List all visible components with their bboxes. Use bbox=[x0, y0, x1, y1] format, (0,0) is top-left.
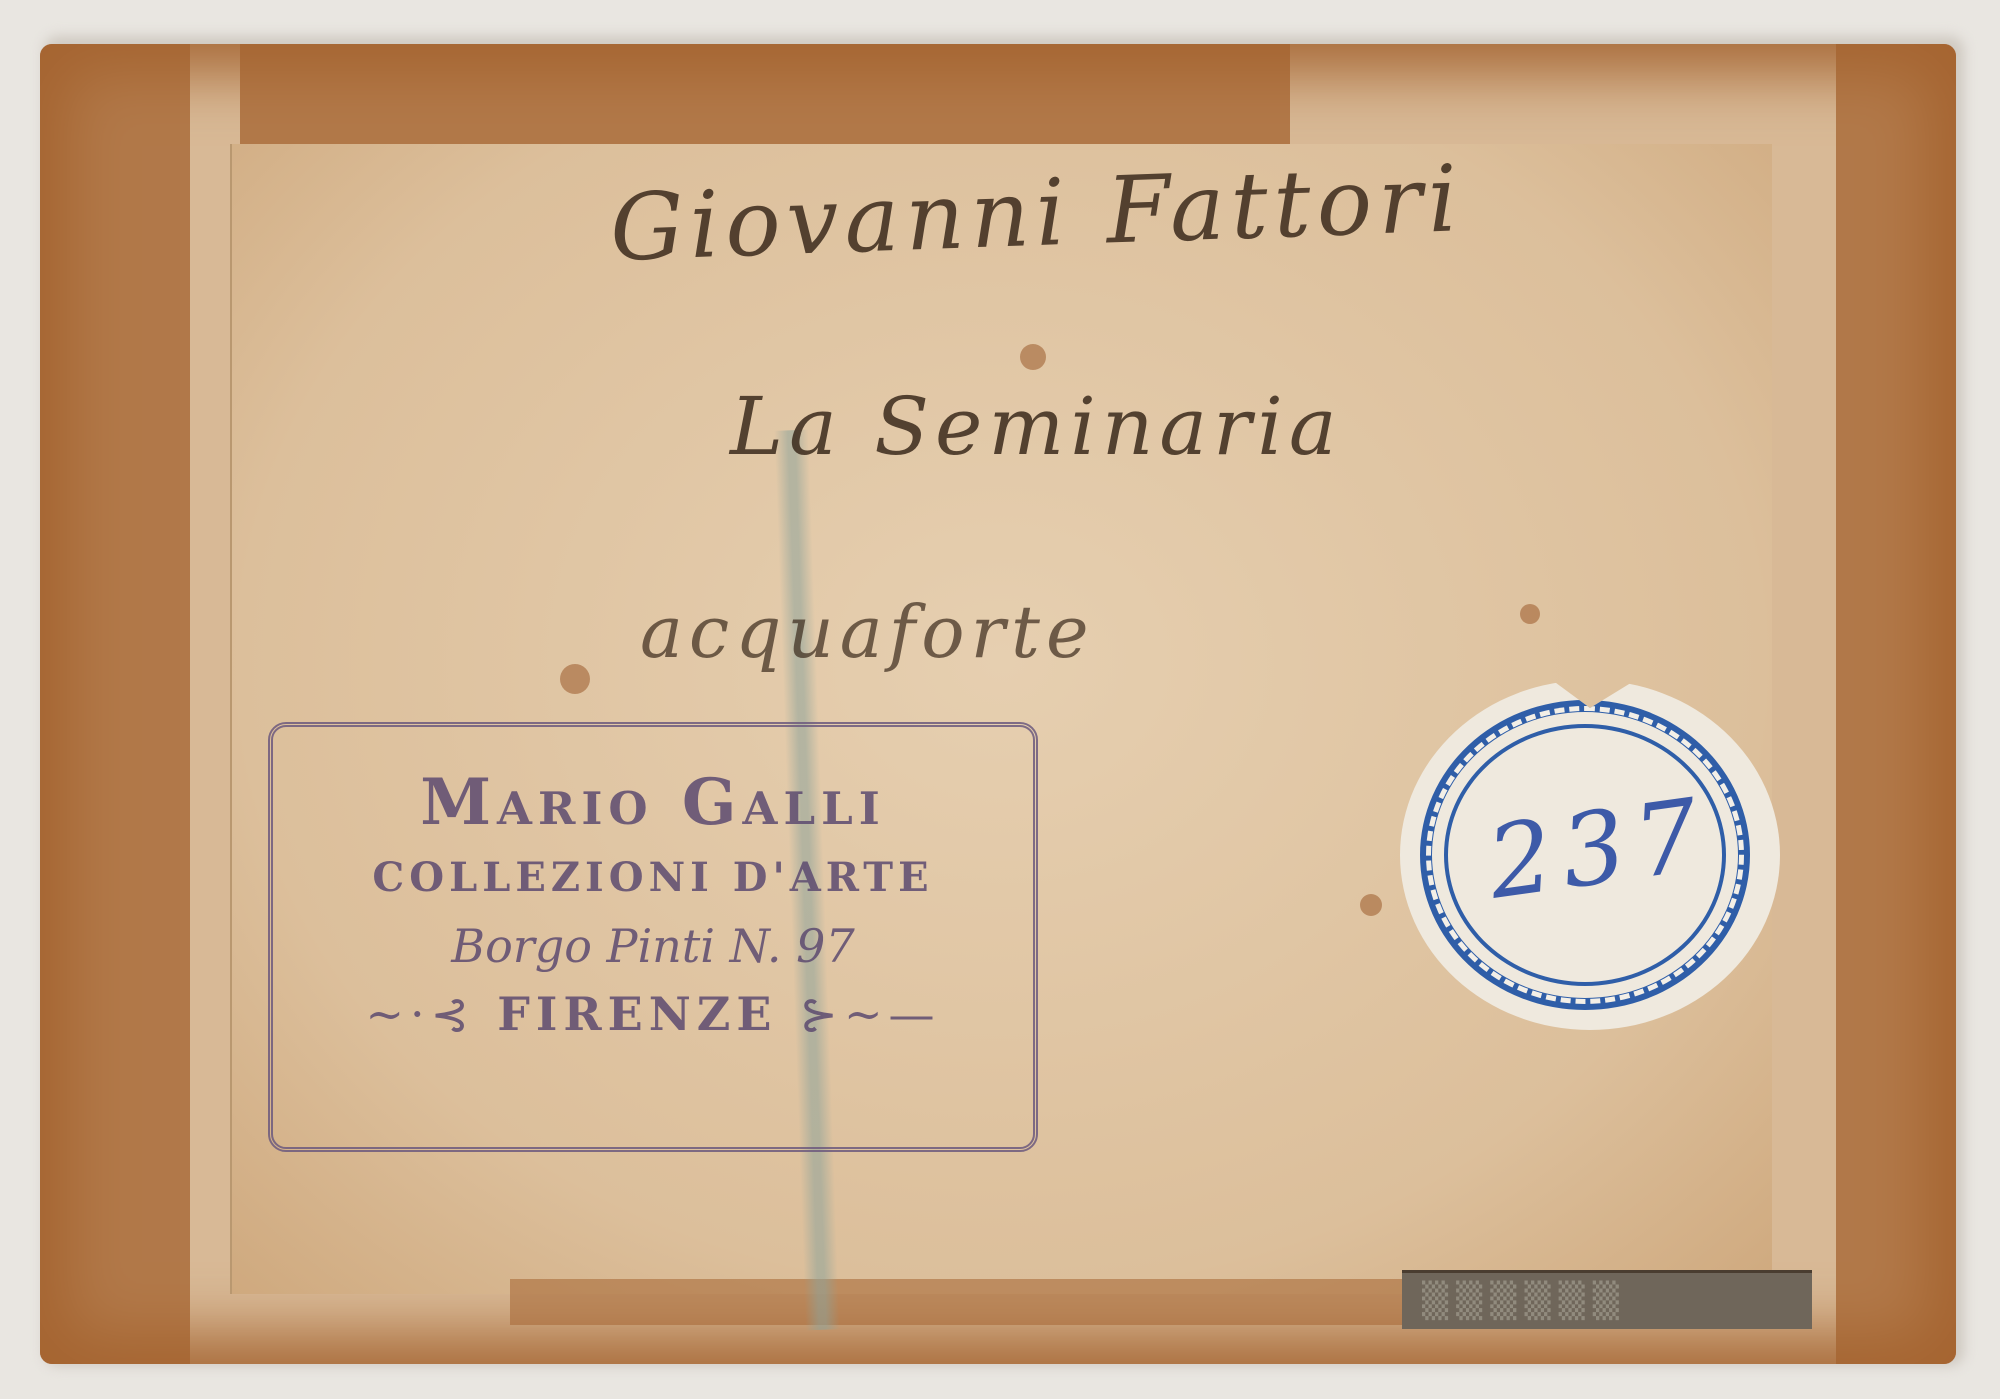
ornament-right-icon: ⊱~— bbox=[799, 987, 940, 1041]
bottom-stain bbox=[510, 1279, 1490, 1325]
foxing-spot bbox=[1520, 604, 1540, 624]
stamp-city: FIRENZE bbox=[497, 987, 777, 1041]
strip-text: ▒▒▒▒▒▒ bbox=[1422, 1281, 1627, 1321]
foxing-spot bbox=[1020, 344, 1046, 370]
top-stain bbox=[240, 44, 1290, 154]
dealer-stamp: Mario Galli COLLEZIONI D'ARTE Borgo Pint… bbox=[268, 722, 1038, 1152]
foxing-spot bbox=[1360, 894, 1382, 916]
stamp-city-line: ~·⊰ FIRENZE ⊱~— bbox=[273, 987, 1033, 1041]
left-stain bbox=[40, 44, 190, 1364]
bottom-tape-strip: ▒▒▒▒▒▒ bbox=[1402, 1270, 1812, 1329]
stamp-address: Borgo Pinti N. 97 bbox=[273, 919, 1033, 973]
inscription-title: La Seminaria bbox=[730, 380, 1343, 473]
inventory-label: 237 bbox=[1400, 680, 1780, 1030]
inscription-medium: acquaforte bbox=[640, 590, 1095, 674]
stamp-name: Mario Galli bbox=[273, 765, 1033, 840]
foxing-spot bbox=[560, 664, 590, 694]
ornament-left-icon: ~·⊰ bbox=[366, 987, 476, 1041]
right-stain bbox=[1836, 44, 1956, 1364]
stamp-subtitle: COLLEZIONI D'ARTE bbox=[273, 854, 1033, 901]
